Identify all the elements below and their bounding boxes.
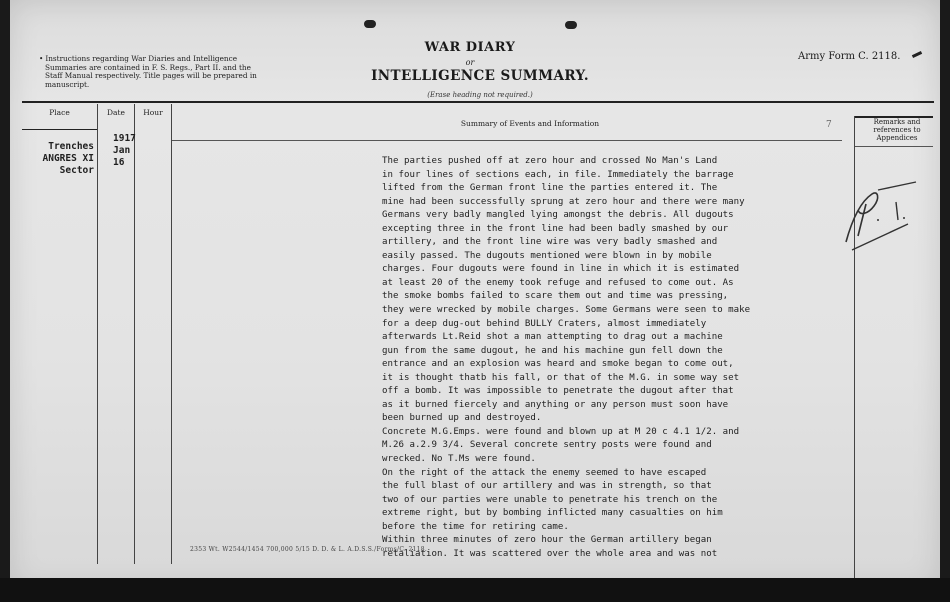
place-line: ANGRES XI (24, 153, 94, 165)
column-divider-date-hour (134, 104, 135, 564)
summary-header-rule (172, 140, 842, 141)
title-war-diary: WAR DIARY (380, 40, 560, 55)
title-or: or (380, 58, 560, 67)
column-header-summary: Summary of Events and Information (380, 119, 680, 128)
entry-summary-text: The parties pushed off at zero hour and … (382, 155, 852, 561)
entry-place: Trenches ANGRES XI Sector (24, 141, 94, 177)
instructions-text: Instructions regarding War Diaries and I… (45, 54, 257, 89)
army-form-number: Army Form C. 2118. (798, 51, 900, 62)
place-line: Sector (24, 165, 94, 177)
place-line: Trenches (24, 141, 94, 153)
date-year: 1917 (113, 133, 143, 145)
column-header-date: Date (98, 108, 134, 117)
scan-background (0, 578, 950, 602)
punch-hole (565, 21, 577, 29)
remarks-header-rule (855, 146, 933, 147)
erase-heading-note: (Erase heading not required.) (380, 91, 580, 99)
column-header-remarks: Remarks and references to Appendices (862, 118, 932, 142)
header-top-rule (22, 101, 934, 103)
punch-hole (364, 20, 376, 28)
column-header-place: Place (22, 108, 97, 117)
title-intelligence-summary: INTELLIGENCE SUMMARY. (355, 68, 605, 84)
form-instructions: •Instructions regarding War Diaries and … (45, 55, 260, 89)
date-day: 16 (113, 157, 143, 169)
column-divider-place-date (97, 104, 98, 564)
place-header-rule (22, 129, 98, 130)
handwritten-initials-icon (838, 180, 938, 260)
date-month: Jan (113, 145, 143, 157)
printer-imprint: 2353 Wt. W2544/1454 700,000 5/15 D. D. &… (190, 546, 427, 553)
entry-date: 1917 Jan 16 (113, 133, 143, 169)
column-header-hour: Hour (135, 108, 171, 117)
page-number-mark: 7 (826, 120, 832, 130)
column-divider-hour-summary (171, 104, 172, 564)
